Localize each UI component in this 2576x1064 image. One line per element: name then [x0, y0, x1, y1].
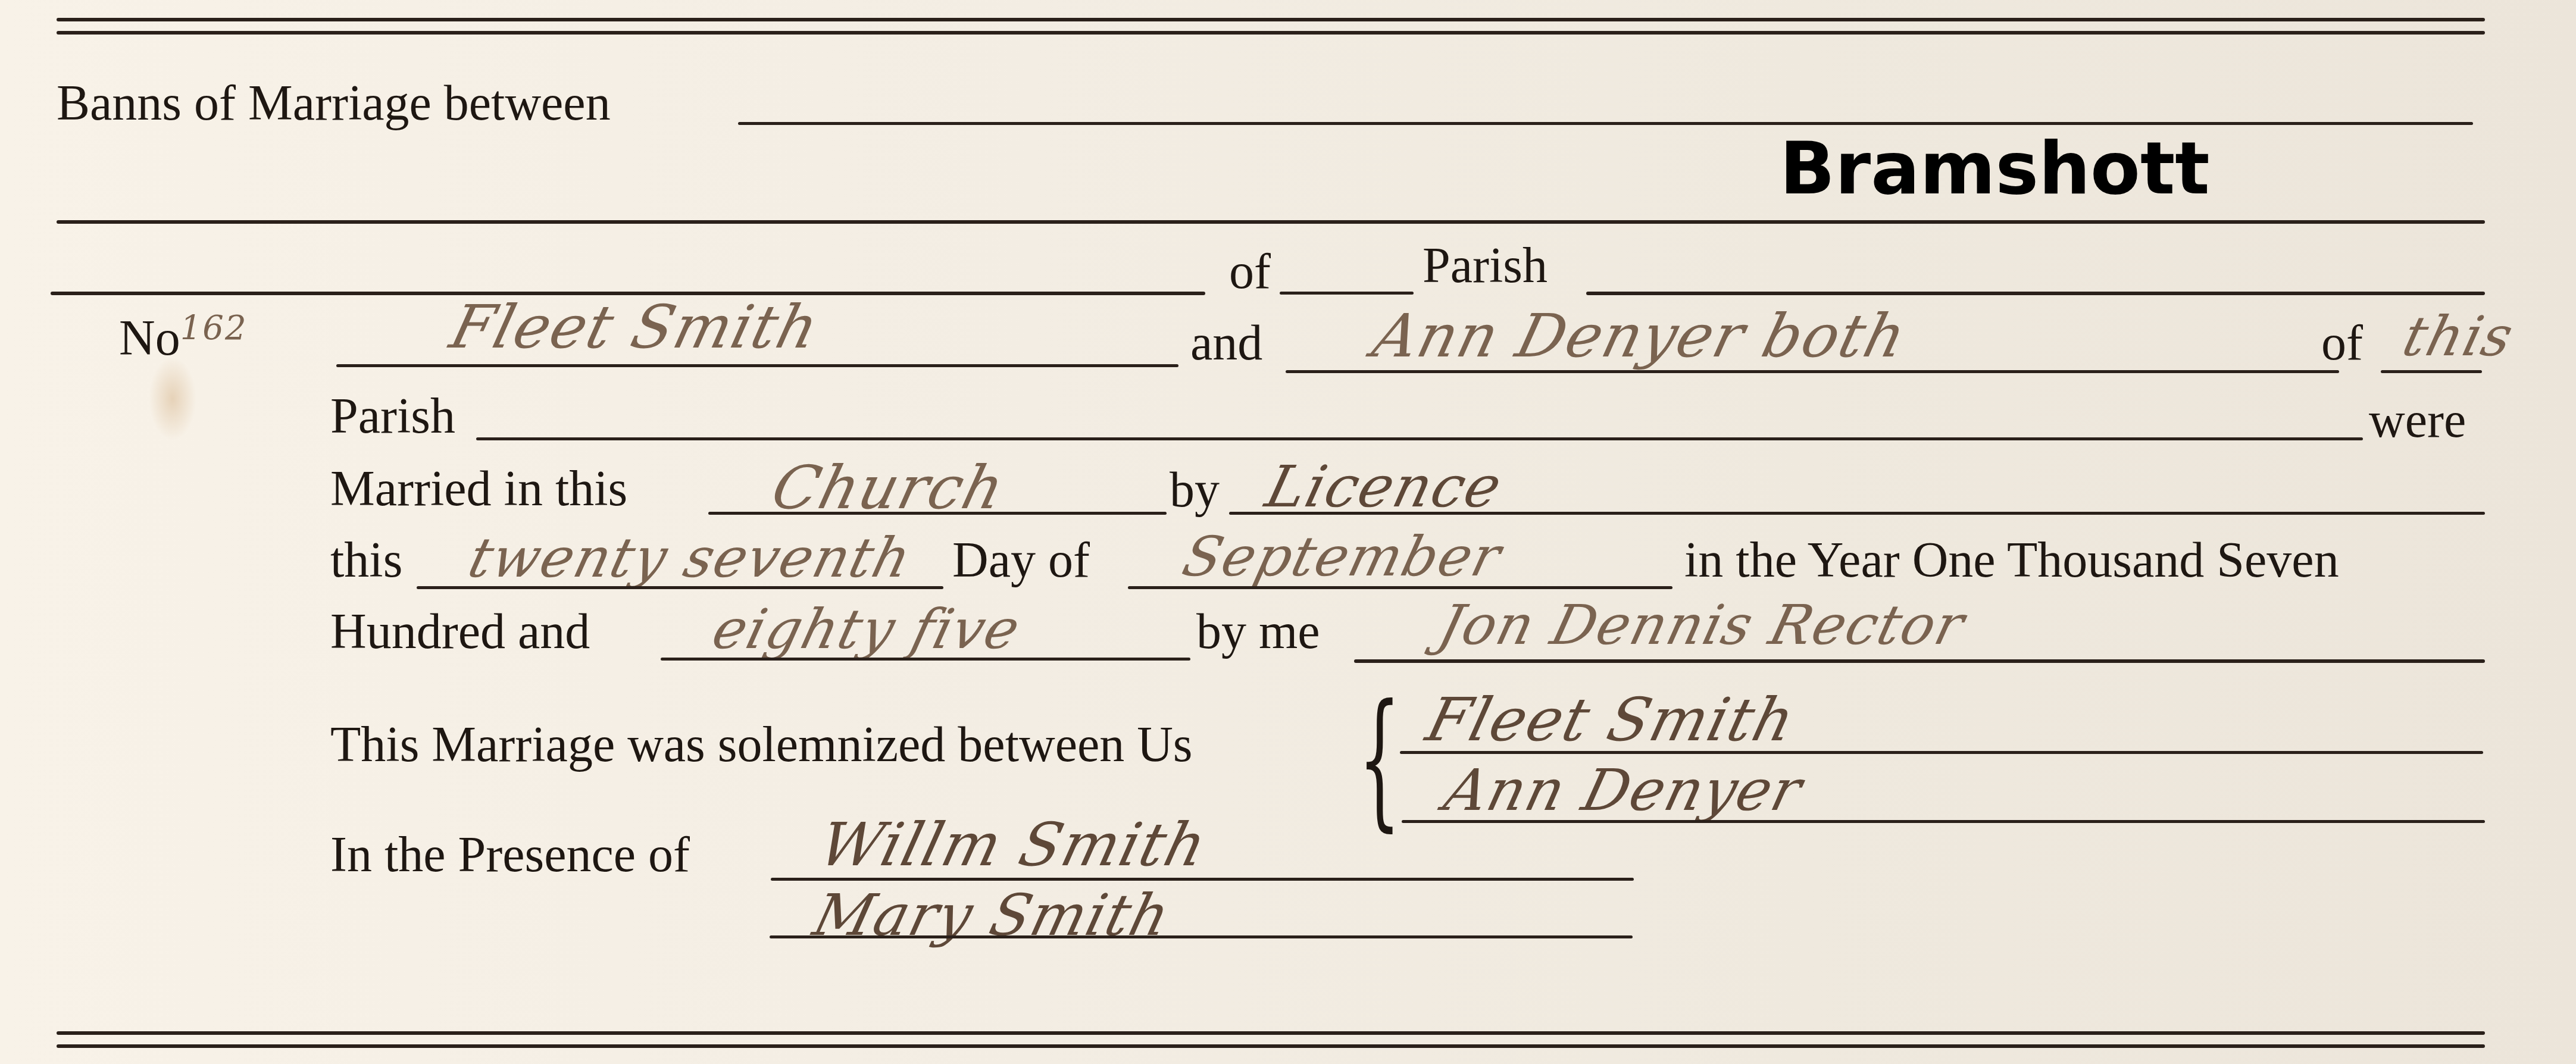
officiant-line: [1354, 659, 2485, 663]
parish-stamp-label: Bramshott: [1780, 132, 2210, 205]
in-the-year-label: in the Year One Thousand Seven: [1684, 536, 2339, 586]
banns-line-2: [57, 220, 2485, 224]
year-line: [661, 658, 1190, 661]
groom-line: [336, 364, 1178, 367]
parish-label-2: Parish: [330, 392, 455, 442]
month-text[interactable]: September: [1178, 530, 1507, 584]
entry-number-value: 162: [180, 309, 248, 348]
hundred-and-label: Hundred and: [330, 607, 590, 657]
were-label: were: [2369, 396, 2466, 446]
of-this-text[interactable]: this: [2398, 309, 2519, 364]
of-this-line: [2381, 370, 2482, 373]
paper-stain: [149, 357, 196, 440]
of-label-2: of: [2321, 318, 2363, 368]
signature-bride-line: [1402, 820, 2485, 823]
entry-number: No162: [119, 309, 248, 367]
month-line: [1128, 586, 1672, 589]
place-text[interactable]: Church: [767, 458, 1011, 518]
officiant-text[interactable]: Jon Dennis Rector: [1434, 598, 1971, 653]
by-label: by: [1170, 465, 1220, 515]
groom-name[interactable]: Fleet Smith: [445, 298, 826, 357]
day-of-label: Day of: [952, 536, 1090, 586]
of-label: of: [1229, 247, 1271, 297]
parish-line-2: [476, 437, 2363, 440]
banns-line: [738, 122, 2473, 125]
method-text[interactable]: Licence: [1261, 458, 1508, 515]
place-line: [708, 512, 1167, 515]
and-label: and: [1190, 318, 1262, 368]
bride-line: [1286, 370, 2339, 373]
signature-bride[interactable]: Ann Denyer: [1439, 762, 1808, 819]
this-label: this: [330, 536, 402, 586]
day-line: [417, 586, 943, 589]
of-blank-line: [1280, 292, 1414, 295]
day-text[interactable]: twenty seventh: [464, 531, 917, 586]
top-rule-1: [57, 18, 2485, 21]
entry-number-prefix: No: [119, 311, 180, 366]
solemnized-label: This Marriage was solemnized between Us: [330, 720, 1193, 770]
witness-1-line: [771, 878, 1634, 881]
witness-2-line: [770, 935, 1633, 938]
signature-brace: {: [1358, 684, 1401, 833]
parish-label: Parish: [1423, 241, 1548, 291]
bride-name[interactable]: Ann Denyer both: [1368, 306, 1913, 366]
banns-label: Banns of Marriage between: [57, 79, 611, 129]
signature-groom[interactable]: Fleet Smith: [1421, 690, 1802, 750]
top-rule-2: [57, 31, 2485, 35]
parish-line: [1586, 292, 2485, 295]
signature-groom-line: [1400, 751, 2483, 754]
presence-label: In the Presence of: [330, 830, 690, 880]
year-words-text[interactable]: eighty five: [708, 602, 1026, 657]
register-page: Banns of Marriage between Bramshott of P…: [0, 0, 2576, 1064]
by-me-label: by me: [1196, 607, 1320, 657]
bottom-rule-2: [57, 1044, 2485, 1048]
bottom-rule-1: [57, 1031, 2485, 1035]
method-line: [1229, 512, 2485, 515]
married-in-this-label: Married in this: [330, 464, 627, 514]
witness-1[interactable]: Willm Smith: [814, 815, 1213, 875]
